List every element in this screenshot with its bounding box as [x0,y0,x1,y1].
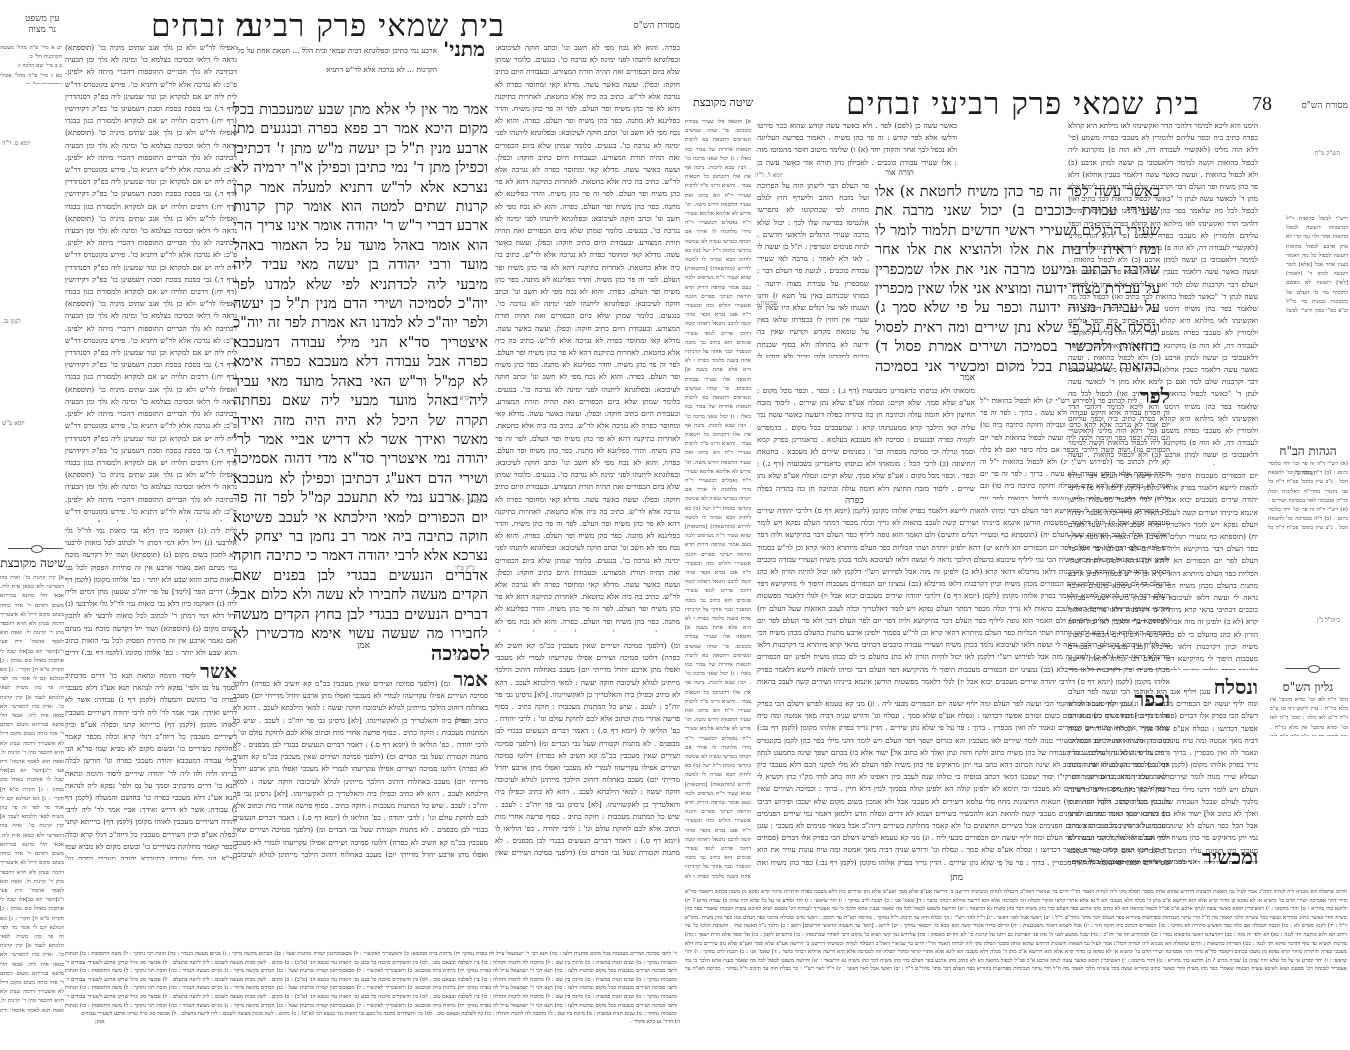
ein-mishpat-notes: יט א מיי' פ"ה מהל' מעשה הקרבנות הל' ב: כ… [0,44,62,84]
glosses-bottom: ר' לתבי סמיכה ושירים מעכבות בכל מקום ומת… [65,950,677,1015]
margin-note: ביוה"ל ג"ן [1317,617,1340,625]
ein-mishpat-note: יט א מיי' פ"ה מהל' מעשה הקרבנות הל' ב: [0,44,62,62]
tosafot-right-bottom-text: עגנן ויליף אגב הוא לאוקמי הכי ועשה לפר ה… [1068,687,1258,864]
shita-mekubetzet-text: א] חוטאה אלו שעירי עבודת כוכבים. פי' שחו… [685,118,751,878]
heading-word-lefar: לפר [1140,385,1170,408]
shita-mekubetzet-label: שיטה מקובצת [693,96,753,109]
tosafot-right-bottom: ונסלח עגנן ויליף אגב הוא לאוקמי הכי ועשה… [1068,676,1258,864]
right-page: מסורת הש"ס 78 בית שמאי פרק רביעי זבחים ש… [685,0,1350,1050]
hagahot-habach-text: (א) רש"י ד"ה זה פר וכו' יחד כלומר כיוסג … [1268,460,1348,530]
side-note: ורש"י לבשל בהואות וי"ל דמיעכוהו דועשה לכ… [1286,215,1348,315]
page-number: 78 [1252,93,1272,116]
ein-mishpat-note: כא ג מיי' פ"ה מהל' פסולי המוקדשין הל' א: [0,72,62,84]
gloss-amen: אמן; [95,1018,105,1027]
mashir-line: ומכשיר אני בסמיכה ושירים שאין מעכבות בכל… [858,846,1258,868]
tosafot-right-lower: יום הכפורים מעכבות היפוך לי מהיקישא דפר … [1068,470,1258,670]
mashir-text: אני בסמיכה ושירים שאין מעכבות בכל מקום [1072,857,1197,866]
tosafot-continuation: ולית ליה (נ) דאוקמו כיון דלא נבי כואות נ… [65,525,237,655]
masoret-hashas-label: מסורת הש"ס [1302,100,1348,111]
glosses-bottom: וחיים שתסלה הא מכניא ליה לנחיה דכה"נ אמר… [685,888,1347,970]
main-catchword: מתן [950,872,963,883]
rashi-lower: ומ) (דלפנך סמיכה ושירים שאין מעכבין בכ"מ… [495,640,680,860]
gemara-text: כאשר עשה לפר זה פר כהן משיח לחטאת א) אלו… [875,182,1160,372]
left-page: מסורת הש"ס בית שמאי פרק רביעי זבחים מ עי… [0,0,680,1050]
margin-note: יומא ל. ר"ה [755,172,783,180]
heading-word-nislach: ונסלח [1214,676,1258,699]
rashi-middle: מומאתו ולא כניסתו כדאמרינן בשבועות (דף ג… [757,385,975,495]
gemara-text: אמר מר אין לי אלא מתן שבע שמעכבות בכל מק… [233,100,488,640]
margin-note: יומא מ. ר"ה [455,498,484,506]
rashi-commentary: כאשר עשה כן (לפם) לפר . ולא כאשר עשה קוד… [757,120,957,168]
margin-note: לנמן נב. [2,318,21,326]
margin-note: הש"ק מ"ה [1315,150,1340,158]
gemara-catchword: אמר [960,372,975,383]
torah-or-label: תורה אור [885,168,914,177]
section-divider [8,548,63,549]
heading-word-umakhshir: ומכשיר [1202,845,1258,869]
masoret-hashas-label: מסורת הש"ס [634,20,680,31]
rashi-middle-text: ומ) (דלפנך סמיכה ושירים שאין מעכבין בכ"מ… [233,679,488,858]
rashi-commentary: כפרה. והוא לא נכח מפי לא חשב ונו' וכתב ח… [495,42,680,632]
rashi-column: פר העלם דבר לישתן הזה על הפרוכת ועל מזבח… [757,180,869,358]
heading-word-asher: אשר [200,660,237,683]
margin-note: יומא ע"ש [2,420,25,428]
shita-mekubetzet-text: א] קרן קרנות כו'. ואית בהו דמפרשי ולא כמ… [0,574,64,1014]
section-divider [1285,668,1340,669]
rashi-middle-lower: אמר ומ) (דלפנך סמיכה ושירים שאין מעכבין … [233,668,488,858]
ein-mishpat-label: עין משפט נר מצוה [25,14,59,36]
margin-note: יומא ס. ר"ה [2,140,31,148]
mishnah-text: ארבע נמי כתיבן ובפלוגתא דבית שמאי ובית ה… [237,46,437,74]
gloss-end: ה) הדר' גע כלא סקודי . [630,1018,680,1027]
mishnah-block: מתני' ארבע נמי כתיבן ובפלוגתא דבית שמאי … [235,38,485,98]
heading-word-amar: אמר [453,668,488,691]
ein-mishpat-note: כ ב מיי' שם הלכה ז: [0,62,62,71]
margin-note: ויקרא ד [455,395,473,403]
gemara-catchword: אמן [357,640,370,651]
mishnah-opening-word: מתני' [443,38,485,60]
tosafot-commentary: ואפילו לר"ש ולא כן גלך אגב שתים מיניה כו… [65,42,237,522]
margin-note: כ"ק ס"ד [455,565,475,573]
tosafot-lower: אשר ליסוד והומה ונתאת תנא כו' דרים מדכתי… [65,660,237,860]
margin-note: שבועות ג. [755,300,778,308]
gilyon-hashas-text: תוס' ד"ה לאו וכו' ומדא סימבי' אין מלא בר… [1270,696,1348,736]
page-header-title: בית שמאי פרק רביעי זבחים [846,86,1200,122]
sub-heading-word: לסמיכה [431,642,490,664]
shita-mekubetzet-title: שיטה מקובצת [0,556,66,571]
hagahot-habach-title: הגהות הב"ח [1268,444,1348,459]
gilyon-hashas-title: גליון הש"ס [1268,680,1348,695]
tosafot-lower-text: ליסוד והומה ונתאת תנא כו' דרים מדכתיב וס… [65,671,237,860]
